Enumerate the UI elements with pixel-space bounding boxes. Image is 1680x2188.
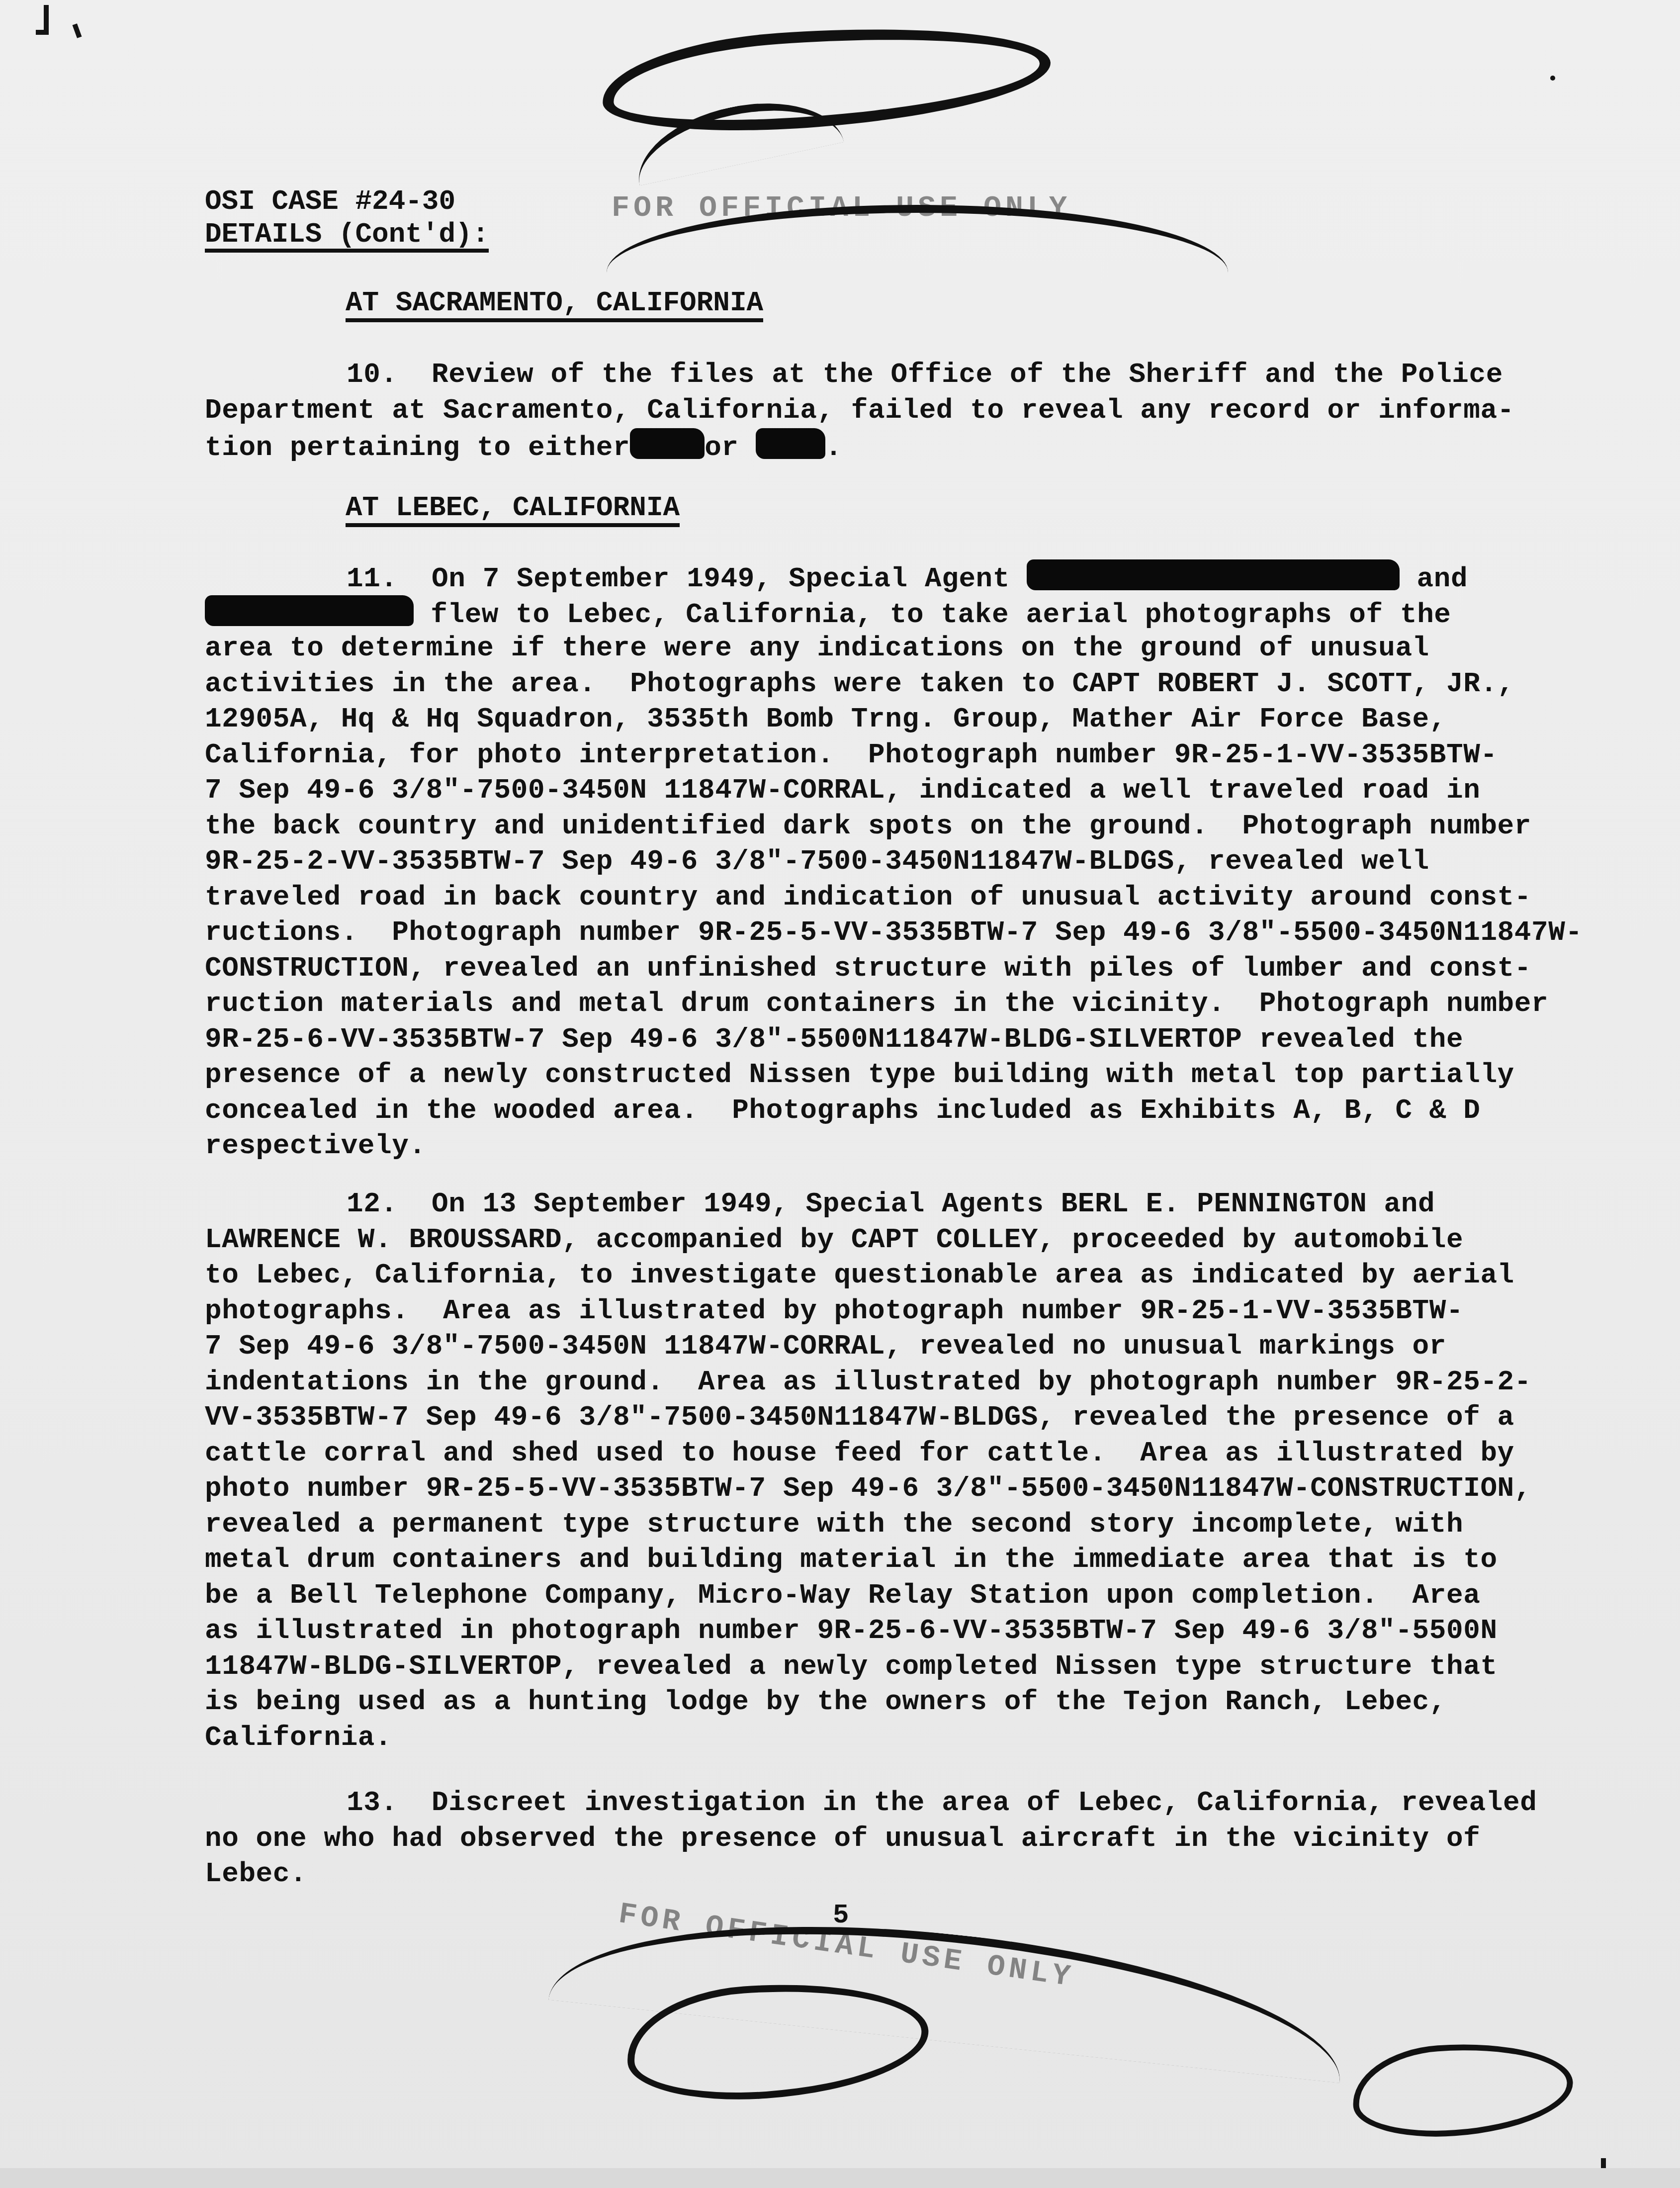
paragraph-12: 12. On 13 September 1949, Special Agents…	[205, 1186, 1637, 1755]
paragraph-number: 11.	[347, 563, 398, 595]
page-number: 5	[833, 1901, 849, 1931]
corner-stamp-icon	[1349, 2036, 1576, 2143]
page-bottom-edge	[0, 2168, 1680, 2188]
paragraph-11: 11. On 7 September 1949, Special Agent a…	[205, 559, 1637, 1164]
paragraph-number: 12.	[347, 1188, 398, 1220]
paragraph-13: 13. Discreet investigation in the area o…	[205, 1785, 1637, 1892]
edge-mark-icon	[1550, 76, 1555, 81]
redaction-block	[205, 595, 414, 626]
section-heading-sacramento: AT SACRAMENTO, CALIFORNIA	[346, 287, 763, 322]
paragraph-number: 13.	[347, 1787, 398, 1819]
paragraph-number: 10.	[347, 359, 398, 390]
corner-mark-icon	[73, 23, 82, 38]
redaction-block	[630, 428, 705, 459]
case-number: OSI CASE #24-30	[205, 185, 489, 218]
document-page: FOR OFFICIAL USE ONLY OSI CASE #24-30 DE…	[0, 0, 1680, 2188]
redaction-block	[1027, 559, 1400, 590]
corner-mark-icon	[36, 30, 49, 35]
section-heading-lebec: AT LEBEC, CALIFORNIA	[346, 492, 680, 527]
paragraph-10: 10. Review of the files at the Office of…	[205, 357, 1637, 464]
details-label: DETAILS (Cont'd):	[205, 220, 489, 253]
case-header: OSI CASE #24-30 DETAILS (Cont'd):	[205, 185, 489, 253]
redaction-block	[756, 428, 825, 459]
